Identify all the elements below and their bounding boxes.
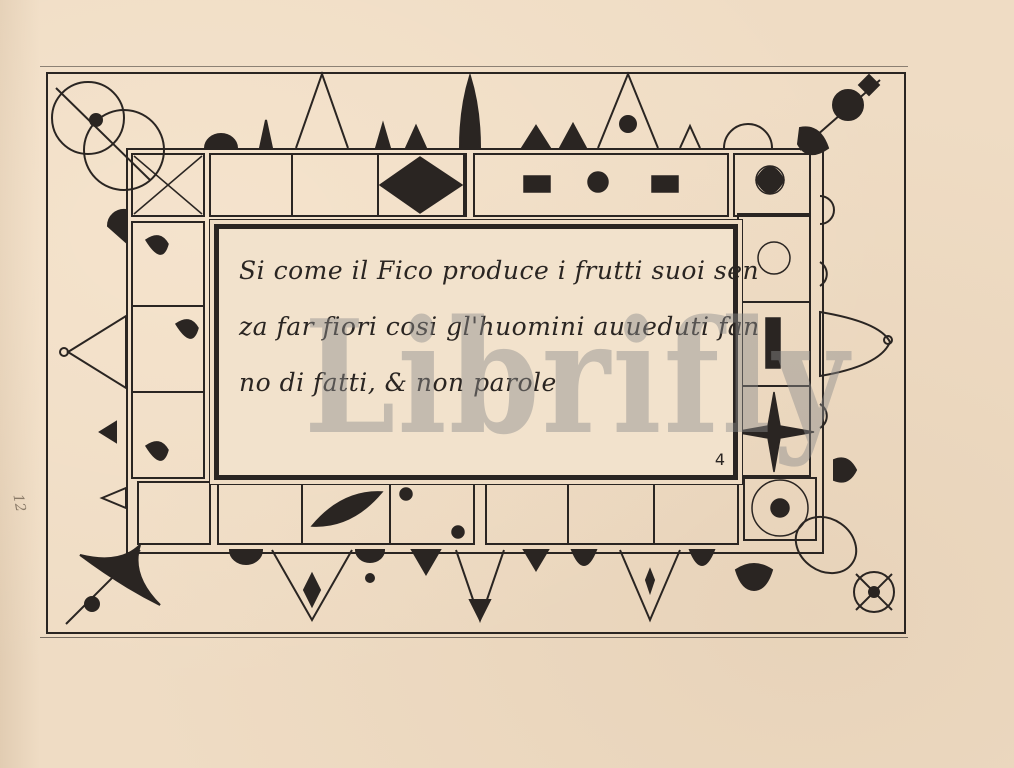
plate-number: 4	[715, 450, 725, 469]
corner-mace-ornament	[798, 75, 880, 154]
verse-panel: Si come il Fico produce i frutti suoi se…	[214, 224, 738, 480]
bottom-pendants	[230, 550, 772, 620]
calligraphic-verse: Si come il Fico produce i frutti suoi se…	[239, 243, 719, 411]
verse-line-3: no di fatti, & non parole	[239, 355, 719, 411]
verse-line-1: Si come il Fico produce i frutti suoi se…	[239, 243, 719, 299]
corner-spear-ornament	[66, 545, 160, 624]
verse-line-2: za far fiori cosi gl'huomini auueduti fa…	[239, 299, 719, 355]
top-spires	[205, 74, 772, 148]
left-side-ornaments	[60, 210, 126, 508]
right-side-ornaments	[820, 196, 892, 482]
